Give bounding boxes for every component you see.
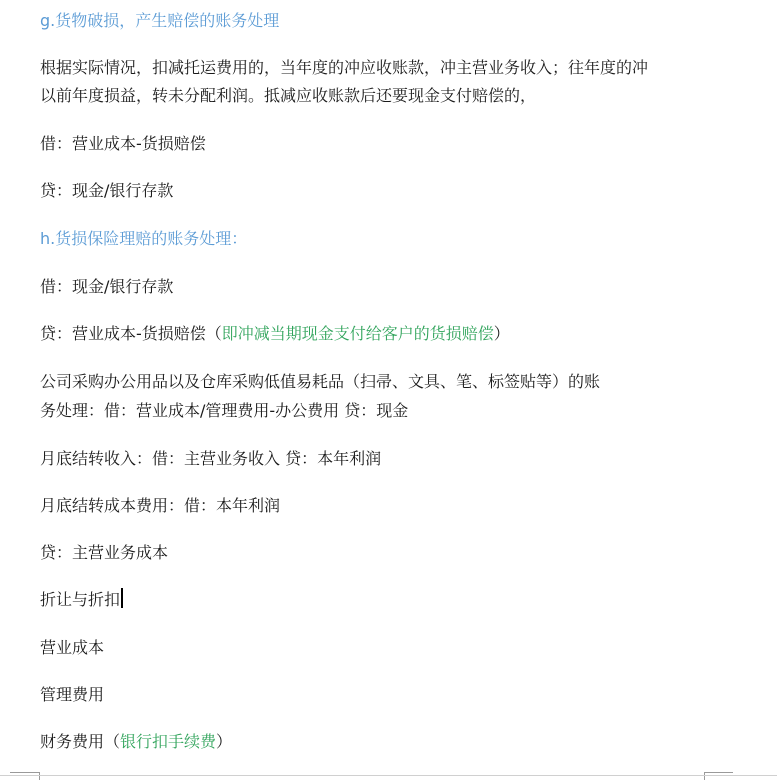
section-h-heading: h.货损保险理赔的账务处理：: [40, 226, 720, 252]
page-margin-mark-right-vertical: [704, 772, 705, 780]
page-bottom-edge: [0, 775, 777, 776]
section-g-credit-entry: 贷：现金/银行存款: [40, 178, 720, 204]
credit-entry-note: 即冲减当期现金支付给客户的货损赔偿: [222, 324, 494, 343]
month-end-cost-entry: 月底结转成本费用：借：本年利润: [40, 493, 720, 519]
office-supplies-line2: 务处理：借：营业成本/管理费用-办公费用 贷：现金: [40, 398, 720, 424]
section-g-debit-entry: 借：营业成本-货损赔偿: [40, 131, 720, 157]
finance-expense-line: 财务费用（银行扣手续费）: [40, 729, 720, 755]
section-g-body-line1: 根据实际情况，扣减托运费用的，当年度的冲应收账款，冲主营业务收入；往年度的冲: [40, 55, 720, 81]
office-supplies-line1: 公司采购办公用品以及仓库采购低值易耗品（扫帚、文具、笔、标签贴等）的账: [40, 369, 720, 395]
month-end-cost-credit-entry: 贷：主营业务成本: [40, 540, 720, 566]
section-g-heading: g.货物破损，产生赔偿的账务处理: [40, 8, 720, 34]
credit-entry-close-paren: ）: [494, 324, 510, 343]
month-end-income-entry: 月底结转收入：借：主营业务收入 贷：本年利润: [40, 446, 720, 472]
finance-expense-note: 银行扣手续费: [120, 732, 216, 751]
text-cursor: [121, 588, 123, 608]
document-page[interactable]: g.货物破损，产生赔偿的账务处理 根据实际情况，扣减托运费用的，当年度的冲应收账…: [0, 0, 777, 775]
page-margin-mark-right: [704, 772, 733, 773]
finance-expense-close-paren: ）: [216, 732, 232, 751]
page-margin-mark-left: [10, 772, 39, 773]
section-g-body-line2: 以前年度损益，转未分配利润。抵减应收账款后还要现金支付赔偿的，: [40, 83, 720, 109]
discount-line[interactable]: 折让与折扣: [40, 587, 720, 613]
section-h-debit-entry: 借：现金/银行存款: [40, 274, 720, 300]
finance-expense-text: 财务费用（: [40, 732, 120, 751]
credit-entry-text: 贷：营业成本-货损赔偿（: [40, 324, 222, 343]
page-margin-mark-left-vertical: [39, 772, 40, 780]
section-h-credit-entry: 贷：营业成本-货损赔偿（即冲减当期现金支付给客户的货损赔偿）: [40, 321, 720, 347]
discount-text: 折让与折扣: [40, 590, 120, 609]
admin-expense-line: 管理费用: [40, 682, 720, 708]
operating-cost-line: 营业成本: [40, 635, 720, 661]
